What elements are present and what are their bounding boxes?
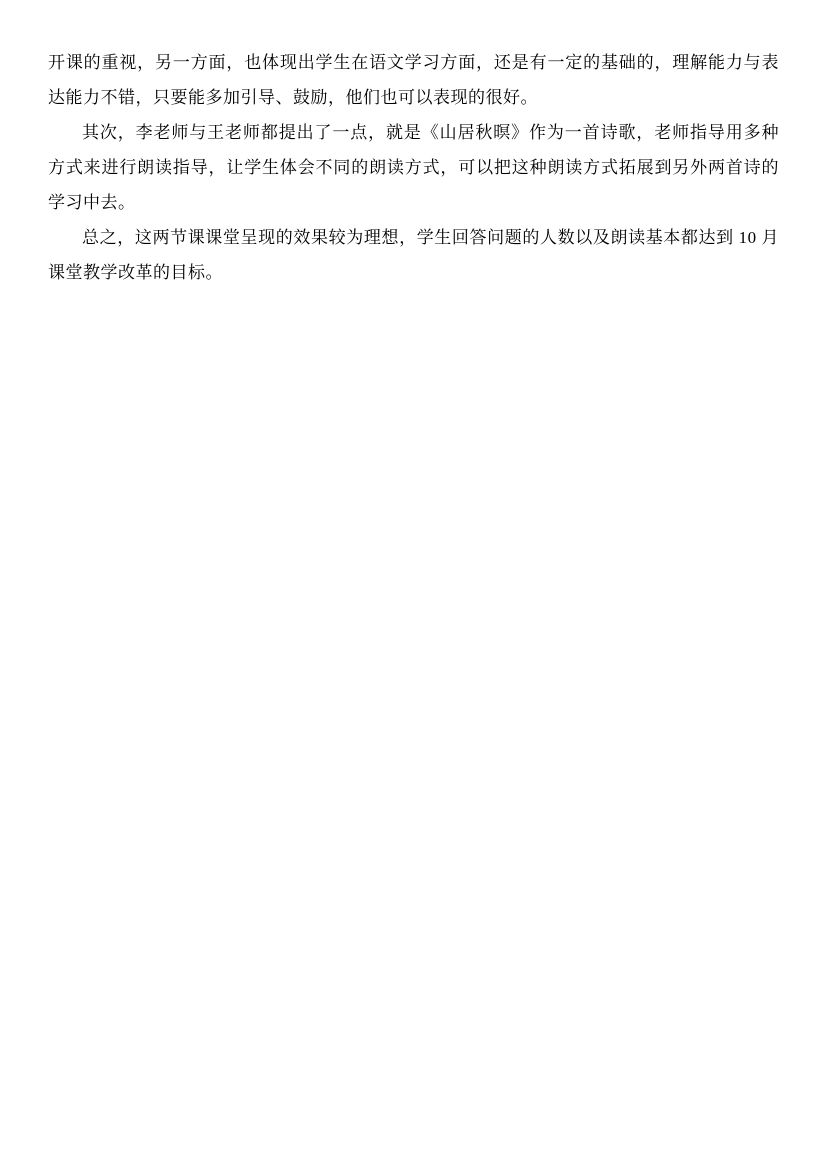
document-page: 开课的重视，另一方面，也体现出学生在语文学习方面，还是有一定的基础的，理解能力与… <box>0 0 827 1170</box>
paragraph-second: 其次，李老师与王老师都提出了一点，就是《山居秋暝》作为一首诗歌，老师指导用多种方… <box>48 115 779 220</box>
paragraph-continuation: 开课的重视，另一方面，也体现出学生在语文学习方面，还是有一定的基础的，理解能力与… <box>48 45 779 115</box>
paragraph-conclusion: 总之，这两节课课堂呈现的效果较为理想，学生回答问题的人数以及朗读基本都达到 10… <box>48 220 779 290</box>
